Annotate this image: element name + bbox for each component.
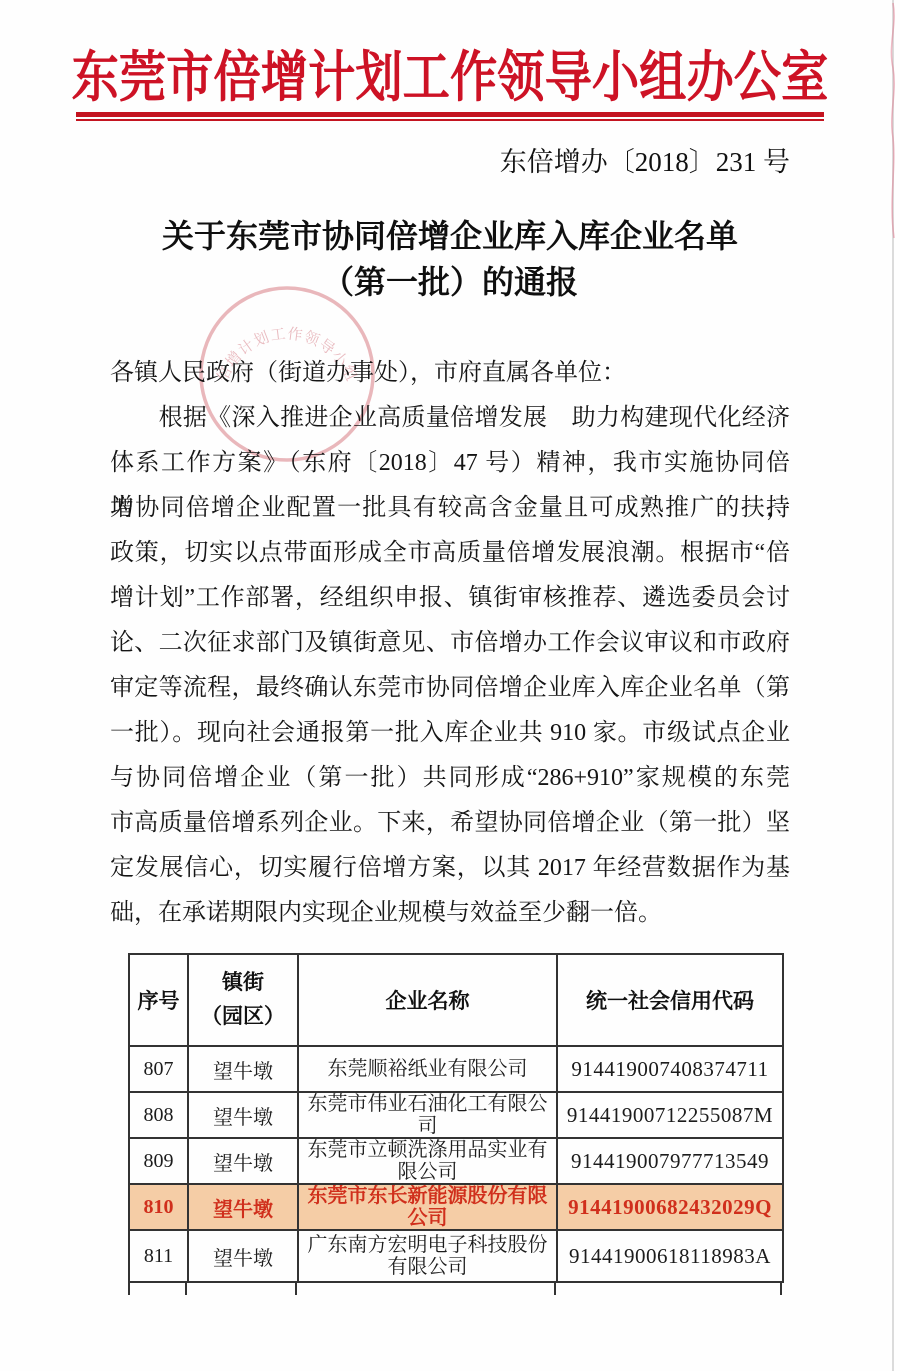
cell-no: 810 xyxy=(129,1184,188,1230)
cell-no: 807 xyxy=(129,1046,188,1092)
red-rule-thick xyxy=(76,112,824,117)
cell-company: 东莞市立顿洗涤用品实业有限公司 xyxy=(298,1138,557,1184)
stub-line xyxy=(295,1283,297,1295)
cell-town: 望牛墩 xyxy=(188,1230,298,1282)
companies-table-wrap: 序号 镇街 （园区） 企业名称 统一社会信用代码 807 望牛墩 东莞顺裕纸业有… xyxy=(128,953,782,1295)
notice-title-line1: 关于东莞市协同倍增企业库入库企业名单 xyxy=(0,213,900,259)
body-line: 审定等流程，最终确认东莞市协同倍增企业库入库企业名单（第 xyxy=(110,666,790,711)
cell-company: 广东南方宏明电子科技股份有限公司 xyxy=(298,1230,557,1282)
table-cutoff-row xyxy=(128,1283,782,1295)
body-line: 政策，切实以点带面形成全市高质量倍增发展浪潮。根据市“倍 xyxy=(110,531,790,576)
stub-line xyxy=(128,1283,130,1295)
cell-town: 望牛墩 xyxy=(188,1184,298,1230)
cell-no: 811 xyxy=(129,1230,188,1282)
table-row-highlighted: 810 望牛墩 东莞市东长新能源股份有限公司 91441900682432029… xyxy=(129,1184,783,1230)
doc-number: 东倍增办〔2018〕231 号 xyxy=(0,147,900,177)
scan-pink-marks xyxy=(884,0,900,250)
cell-town: 望牛墩 xyxy=(188,1138,298,1184)
cell-town: 望牛墩 xyxy=(188,1046,298,1092)
letterhead-separator xyxy=(76,112,824,121)
table-header-row: 序号 镇街 （园区） 企业名称 统一社会信用代码 xyxy=(129,954,783,1046)
cell-code: 91441900618118983A xyxy=(557,1230,783,1282)
cell-code: 914419007977713549 xyxy=(557,1138,783,1184)
body-line: 础，在承诺期限内实现企业规模与效益至少翻一倍。 xyxy=(110,891,790,936)
body-line: 定发展信心，切实履行倍增方案，以其 2017 年经营数据作为基 xyxy=(110,846,790,891)
body-line: 体系工作方案》（东府〔2018〕47 号）精神，我市实施协同倍增， xyxy=(110,441,790,486)
col-header-code: 统一社会信用代码 xyxy=(557,954,783,1046)
cell-code: 914419007408374711 xyxy=(557,1046,783,1092)
col-header-town: 镇街 （园区） xyxy=(188,954,298,1046)
body-line: 市高质量倍增系列企业。下来，希望协同倍增企业（第一批）坚 xyxy=(110,801,790,846)
body-line: 增计划”工作部署，经组织申报、镇街审核推荐、遴选委员会讨 xyxy=(110,576,790,621)
body-line: 与协同倍增企业（第一批）共同形成“286+910”家规模的东莞 xyxy=(110,756,790,801)
stub-line xyxy=(780,1283,782,1295)
body-line: 根据《深入推进企业高质量倍增发展 助力构建现代化经济 xyxy=(110,396,790,441)
notice-title: 关于东莞市协同倍增企业库入库企业名单 （第一批）的通报 xyxy=(0,213,900,305)
body-line: 一批）。现向社会通报第一批入库企业共 910 家。市级试点企业 xyxy=(110,711,790,756)
stub-line xyxy=(185,1283,187,1295)
cell-company: 东莞顺裕纸业有限公司 xyxy=(298,1046,557,1092)
companies-table: 序号 镇街 （园区） 企业名称 统一社会信用代码 807 望牛墩 东莞顺裕纸业有… xyxy=(128,953,784,1283)
cell-no: 809 xyxy=(129,1138,188,1184)
scanned-notice-page: { "document": { "letterhead": "东莞市倍增计划工作… xyxy=(0,0,900,1371)
notice-title-line2: （第一批）的通报 xyxy=(0,259,900,305)
letterhead-title: 东莞市倍增计划工作领导小组办公室 xyxy=(63,46,837,110)
body-line: 各镇人民政府（街道办事处），市府直属各单位： xyxy=(110,351,790,396)
cell-company: 东莞市东长新能源股份有限公司 xyxy=(298,1184,557,1230)
col-header-company: 企业名称 xyxy=(298,954,557,1046)
col-header-town-line2: （园区） xyxy=(192,1000,294,1034)
body-line: 论、二次征求部门及镇街意见、市倍增办工作会议审议和市政府 xyxy=(110,621,790,666)
table-row: 811 望牛墩 广东南方宏明电子科技股份有限公司 914419006181189… xyxy=(129,1230,783,1282)
col-header-no: 序号 xyxy=(129,954,188,1046)
cell-no: 808 xyxy=(129,1092,188,1138)
body-paragraph: 各镇人民政府（街道办事处），市府直属各单位： 根据《深入推进企业高质量倍增发展 … xyxy=(110,351,790,936)
cell-town: 望牛墩 xyxy=(188,1092,298,1138)
red-rule-thin xyxy=(76,119,824,121)
col-header-town-line1: 镇街 xyxy=(192,966,294,1000)
table-row: 808 望牛墩 东莞市伟业石油化工有限公司 91441900712255087M xyxy=(129,1092,783,1138)
cell-code: 91441900682432029Q xyxy=(557,1184,783,1230)
table-row: 807 望牛墩 东莞顺裕纸业有限公司 914419007408374711 xyxy=(129,1046,783,1092)
cell-code: 91441900712255087M xyxy=(557,1092,783,1138)
body-line: 为协同倍增企业配置一批具有较高含金量且可成熟推广的扶持 xyxy=(110,486,790,531)
table-row: 809 望牛墩 东莞市立顿洗涤用品实业有限公司 9144190079777135… xyxy=(129,1138,783,1184)
cell-company: 东莞市伟业石油化工有限公司 xyxy=(298,1092,557,1138)
stub-line xyxy=(554,1283,556,1295)
